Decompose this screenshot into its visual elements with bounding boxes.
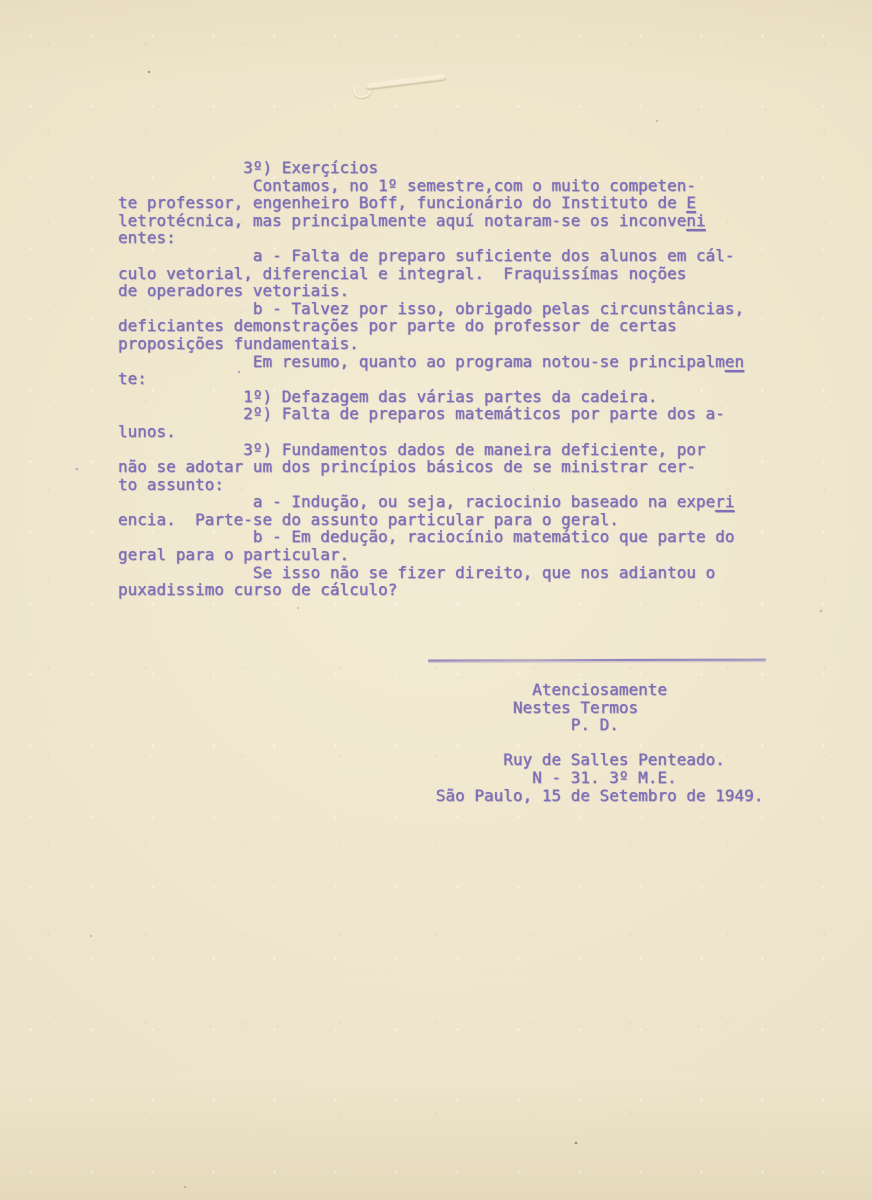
line-underlined-text: en (725, 352, 744, 371)
typewritten-line: to assunto: (118, 476, 744, 494)
typewritten-line: a - Indução, ou seja, raciocinio baseado… (118, 493, 744, 511)
typewritten-line: te professor, engenheiro Boff, funcionár… (118, 194, 744, 212)
paper-scratch-mark (351, 62, 454, 102)
line-text: Nestes Termos (118, 698, 638, 717)
typewritten-line: não se adotar um dos princípios básicos … (118, 458, 744, 476)
line-text: entes: (118, 228, 176, 247)
typewritten-line: b - Em dedução, raciocínio matemático qu… (118, 528, 744, 546)
line-text: b - Talvez por isso, obrigado pelas circ… (118, 299, 744, 318)
paper-specks (0, 0, 2, 2)
line-text: 1º) Defazagem das várias partes da cadei… (118, 387, 657, 406)
line-text: 2º) Falta de preparos matemáticos por pa… (118, 404, 725, 423)
line-text: encia. Parte-se do assunto particular pa… (118, 510, 619, 529)
typewritten-line: 1º) Defazagem das várias partes da cadei… (118, 388, 744, 406)
line-text: 3º) Fundamentos dados de maneira deficie… (118, 440, 706, 459)
line-text: Ruy de Salles Penteado. (118, 750, 725, 769)
typewritten-line: puxadissimo curso de cálculo? (118, 581, 744, 599)
typewritten-line: proposições fundamentais. (118, 335, 744, 353)
typewritten-line: geral para o particular. (118, 546, 744, 564)
typewritten-line: Em resumo, quanto ao programa notou-se p… (118, 353, 744, 371)
line-text: geral para o particular. (118, 545, 349, 564)
typewritten-line: culo vetorial, diferencial e integral. F… (118, 265, 744, 283)
line-text: N - 31. 3º M.E. (118, 768, 677, 787)
typewritten-line: b - Talvez por isso, obrigado pelas circ… (118, 300, 744, 318)
line-text: Contamos, no 1º semestre,com o muito com… (118, 176, 696, 195)
blank-line (118, 734, 763, 752)
line-text: deficiantes demonstrações por parte do p… (118, 316, 677, 335)
typewritten-line: te: (118, 370, 744, 388)
signature-block: Atenciosamente Nestes Termos P. D. Ruy d… (118, 681, 763, 804)
line-text: b - Em dedução, raciocínio matemático qu… (118, 527, 735, 546)
typewritten-line: 3º) Fundamentos dados de maneira deficie… (118, 441, 744, 459)
letter-body: 3º) Exerçícios Contamos, no 1º semestre,… (118, 159, 744, 599)
line-text: a - Falta de preparo suficiente dos alun… (118, 246, 735, 265)
signature-name-line: Ruy de Salles Penteado. (118, 751, 763, 769)
line-text: puxadissimo curso de cálculo? (118, 580, 397, 599)
line-text: to assunto: (118, 475, 224, 494)
line-text: a - Indução, ou seja, raciocinio baseado… (118, 492, 715, 511)
line-underlined-text: ni (686, 211, 705, 230)
typewritten-line: Contamos, no 1º semestre,com o muito com… (118, 177, 744, 195)
line-text: Em resumo, quanto ao programa notou-se p… (118, 352, 725, 371)
typewritten-line: Se isso não se fizer direito, que nos ad… (118, 564, 744, 582)
signature-divider-line (428, 659, 766, 662)
closing-line: P. D. (118, 716, 763, 734)
scanned-letter-page: 3º) Exerçícios Contamos, no 1º semestre,… (0, 0, 872, 1200)
date-line: São Paulo, 15 de Setembro de 1949. (118, 787, 763, 805)
line-text: 3º) Exerçícios (118, 158, 378, 177)
line-text: te: (118, 369, 147, 388)
typewritten-line: 2º) Falta de preparos matemáticos por pa… (118, 405, 744, 423)
line-text: letrotécnica, mas principalmente aquí no… (118, 211, 686, 230)
line-text: culo vetorial, diferencial e integral. F… (118, 264, 686, 283)
line-text: de operadores vetoriais. (118, 281, 349, 300)
line-text: não se adotar um dos princípios básicos … (118, 457, 696, 476)
typewritten-line: entes: (118, 229, 744, 247)
closing-line: Atenciosamente (118, 681, 763, 699)
typewritten-line: letrotécnica, mas principalmente aquí no… (118, 212, 744, 230)
line-text: Se isso não se fizer direito, que nos ad… (118, 563, 715, 582)
typewritten-line: 3º) Exerçícios (118, 159, 744, 177)
line-text: lunos. (118, 422, 176, 441)
typewritten-line: deficiantes demonstrações por parte do p… (118, 317, 744, 335)
typewritten-line: encia. Parte-se do assunto particular pa… (118, 511, 744, 529)
line-underlined-text: E (686, 193, 696, 212)
line-text: São Paulo, 15 de Setembro de 1949. (118, 786, 763, 805)
typewritten-line: a - Falta de preparo suficiente dos alun… (118, 247, 744, 265)
line-underlined-text: ri (715, 492, 734, 511)
line-text: P. D. (118, 715, 619, 734)
line-text: te professor, engenheiro Boff, funcionár… (118, 193, 686, 212)
typewritten-line: lunos. (118, 423, 744, 441)
signature-id-line: N - 31. 3º M.E. (118, 769, 763, 787)
line-text: Atenciosamente (118, 680, 667, 699)
typewritten-line: de operadores vetoriais. (118, 282, 744, 300)
line-text: proposições fundamentais. (118, 334, 359, 353)
closing-line: Nestes Termos (118, 699, 763, 717)
paper-scratch-streak (366, 74, 446, 90)
